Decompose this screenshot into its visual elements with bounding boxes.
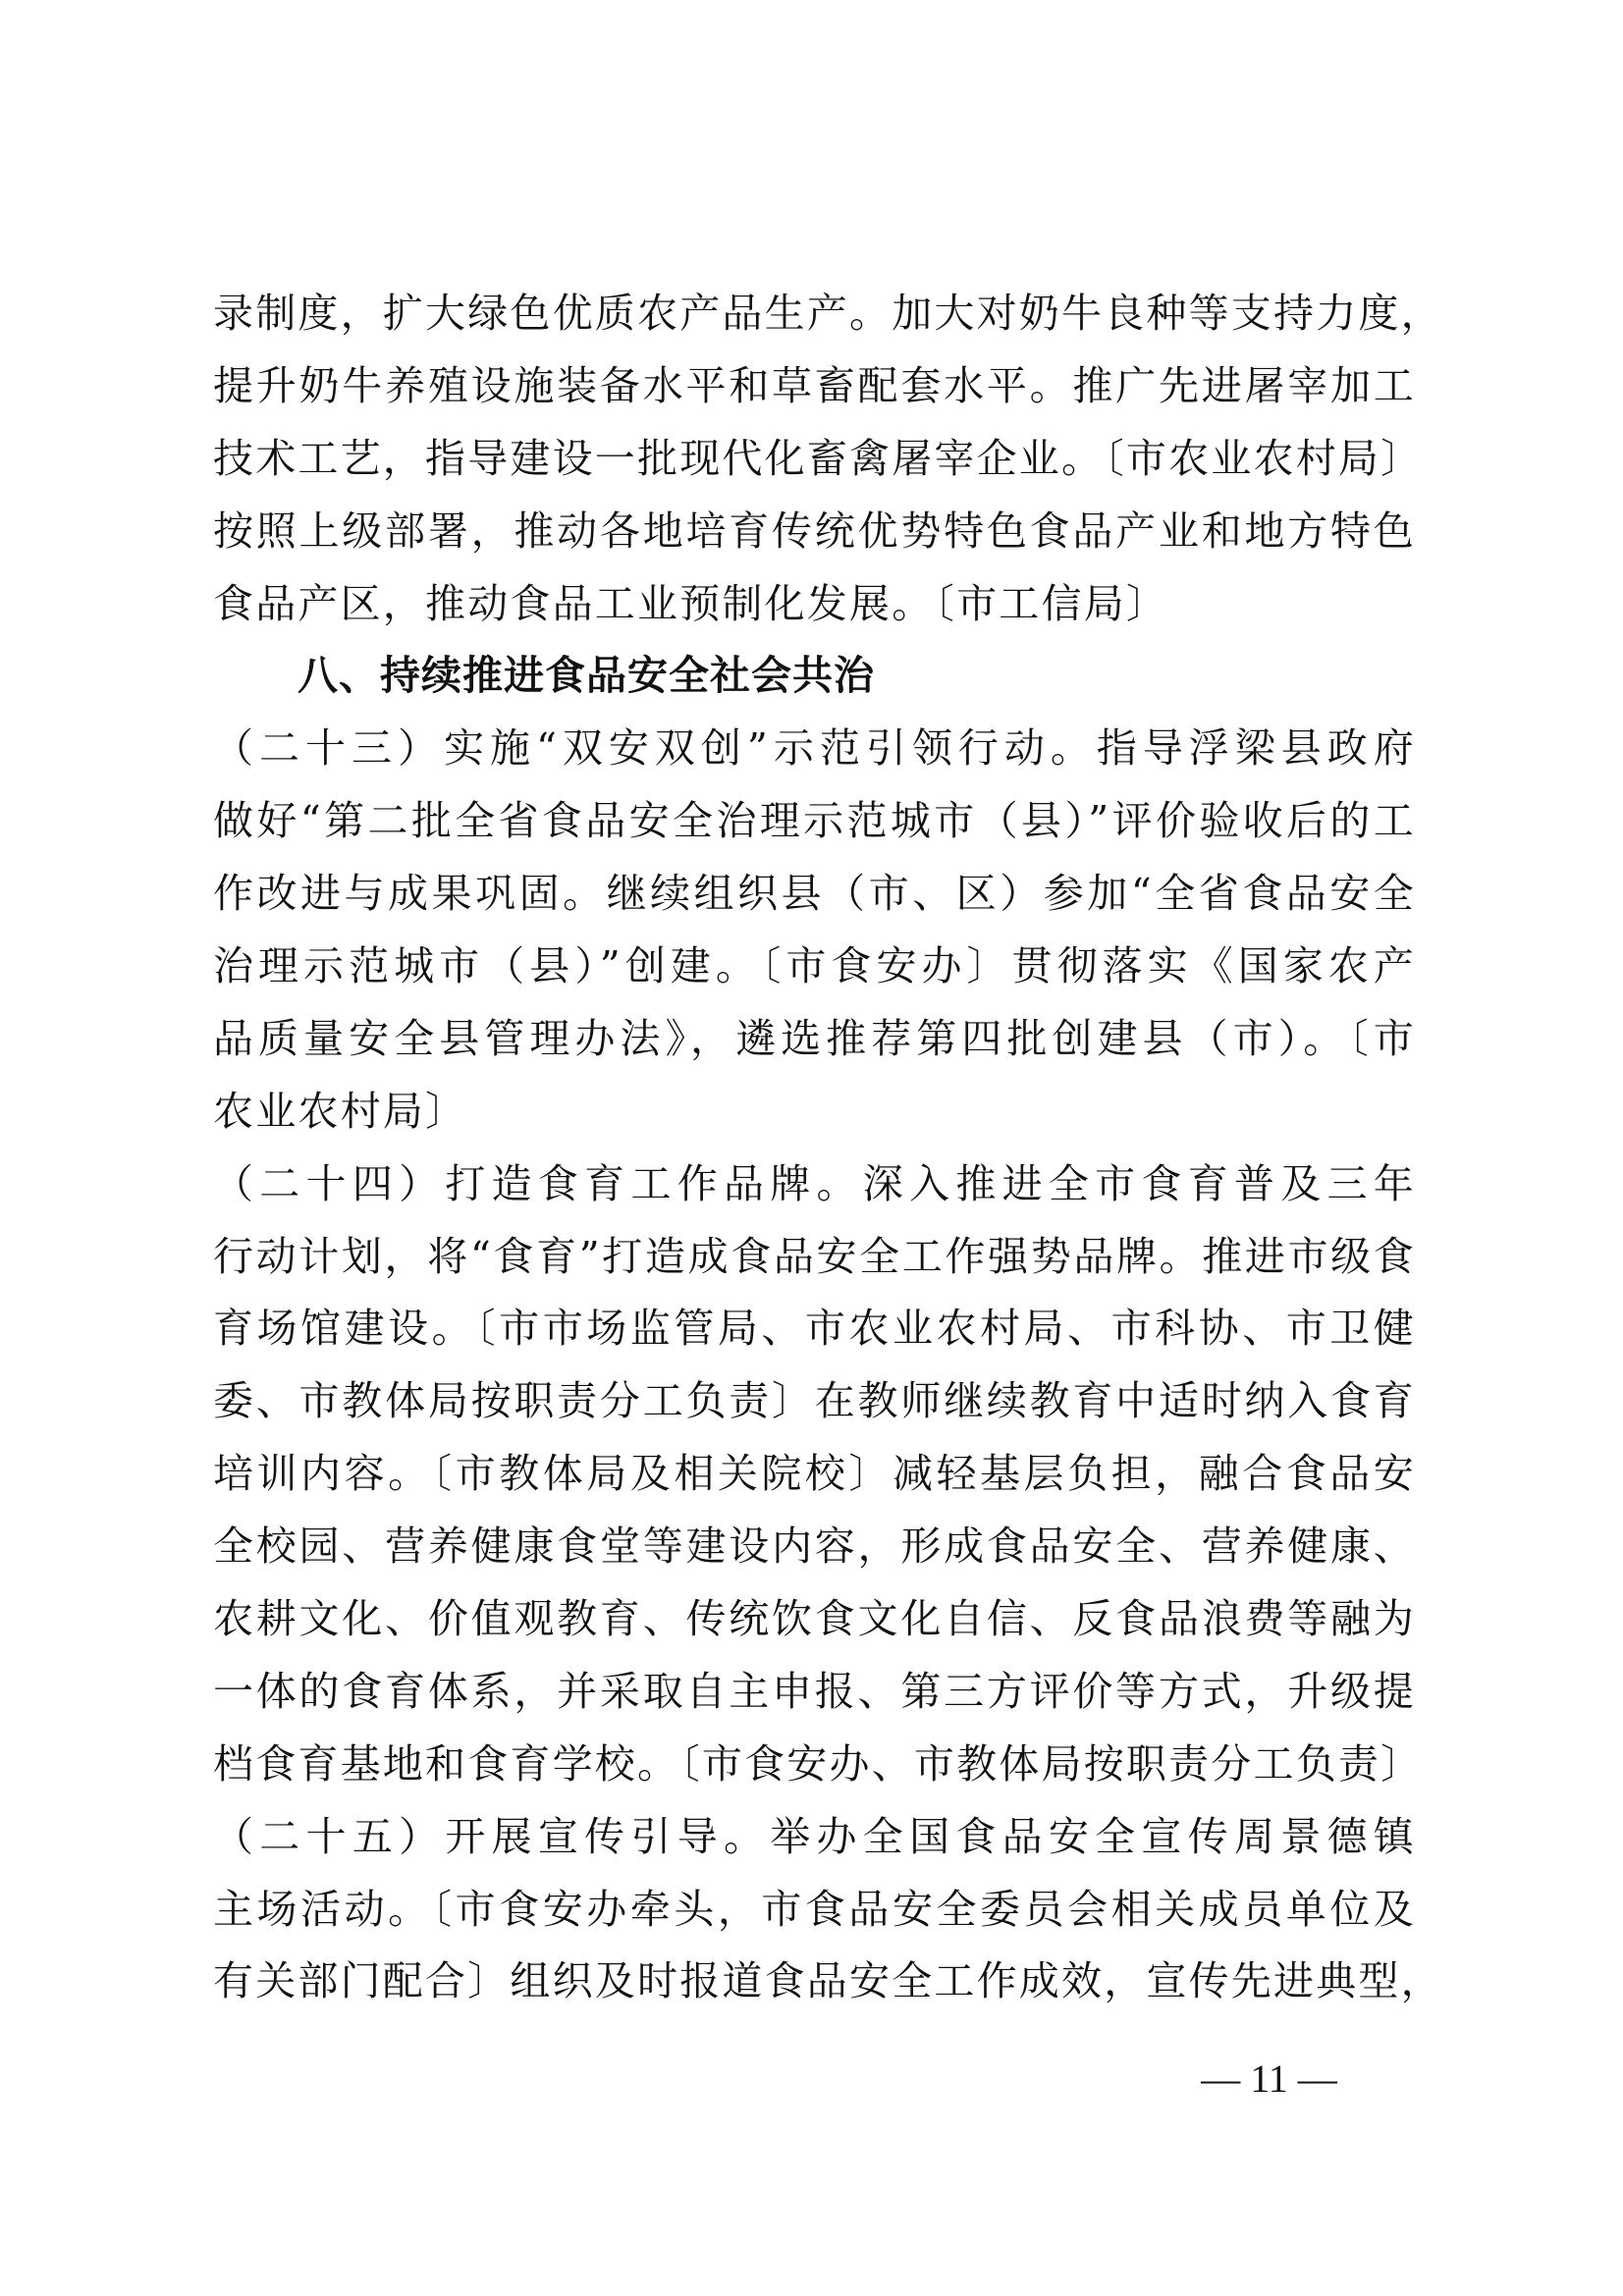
page-number: — 11 —: [1159, 2055, 1380, 2104]
paragraph-item-25: （二十五）开展宣传引导。举办全国食品安全宣传周景德镇 主场活动。〔市食安办牵头，…: [213, 1801, 1416, 2019]
document-body: 录制度，扩大绿色优质农产品生产。加大对奶牛良种等支持力度， 提升奶牛养殖设施装备…: [213, 278, 1416, 2018]
text-line: 行动计划，将“食育”打造成食品安全工作强势品牌。推进市级食: [213, 1221, 1416, 1294]
text-line: 品质量安全县管理办法》，遴选推荐第四批创建县（市）。〔市: [213, 1003, 1416, 1076]
text-line: 培训内容。〔市教体局及相关院校〕减轻基层负担，融合食品安: [213, 1438, 1416, 1511]
heading-text: 八、持续推进食品安全社会共治: [213, 640, 1416, 713]
text-line: 录制度，扩大绿色优质农产品生产。加大对奶牛良种等支持力度，: [213, 278, 1416, 350]
text-line: （二十三）实施“双安双创”示范引领行动。指导浮梁县政府: [213, 713, 1416, 785]
text-line: 全校园、营养健康食堂等建设内容，形成食品安全、营养健康、: [213, 1511, 1416, 1583]
text-line: （二十四）打造食育工作品牌。深入推进全市食育普及三年: [213, 1148, 1416, 1221]
text-line: 主场活动。〔市食安办牵头，市食品安全委员会相关成员单位及: [213, 1874, 1416, 1947]
paragraph-item-24: （二十四）打造食育工作品牌。深入推进全市食育普及三年 行动计划，将“食育”打造成…: [213, 1148, 1416, 1801]
text-line: 做好“第二批全省食品安全治理示范城市（县）”评价验收后的工: [213, 785, 1416, 858]
text-line: 治理示范城市（县）”创建。〔市食安办〕贯彻落实《国家农产: [213, 931, 1416, 1003]
text-line: 一体的食育体系，并采取自主申报、第三方评价等方式，升级提: [213, 1656, 1416, 1729]
section-heading: 八、持续推进食品安全社会共治: [213, 640, 1416, 713]
text-line: 作改进与成果巩固。继续组织县（市、区）参加“全省食品安全: [213, 858, 1416, 931]
text-line: 档食育基地和食育学校。〔市食安办、市教体局按职责分工负责〕: [213, 1729, 1416, 1801]
text-line: 农业农村局〕: [213, 1076, 1416, 1148]
paragraph-item-23: （二十三）实施“双安双创”示范引领行动。指导浮梁县政府 做好“第二批全省食品安全…: [213, 713, 1416, 1148]
text-line: 育场馆建设。〔市市场监管局、市农业农村局、市科协、市卫健: [213, 1293, 1416, 1365]
text-line: 提升奶牛养殖设施装备水平和草畜配套水平。推广先进屠宰加工: [213, 350, 1416, 423]
text-line: 按照上级部署，推动各地培育传统优势特色食品产业和地方特色: [213, 496, 1416, 568]
text-line: 委、市教体局按职责分工负责〕在教师继续教育中适时纳入食育: [213, 1365, 1416, 1438]
text-line: 农耕文化、价值观教育、传统饮食文化自信、反食品浪费等融为: [213, 1583, 1416, 1656]
document-page: 录制度，扩大绿色优质农产品生产。加大对奶牛良种等支持力度， 提升奶牛养殖设施装备…: [0, 0, 1623, 2296]
text-line: 有关部门配合〕组织及时报道食品安全工作成效，宣传先进典型，: [213, 1946, 1416, 2018]
text-line: （二十五）开展宣传引导。举办全国食品安全宣传周景德镇: [213, 1801, 1416, 1874]
text-line: 食品产区，推动食品工业预制化发展。〔市工信局〕: [213, 568, 1416, 641]
paragraph-continuation: 录制度，扩大绿色优质农产品生产。加大对奶牛良种等支持力度， 提升奶牛养殖设施装备…: [213, 278, 1416, 640]
text-line: 技术工艺，指导建设一批现代化畜禽屠宰企业。〔市农业农村局〕: [213, 423, 1416, 496]
